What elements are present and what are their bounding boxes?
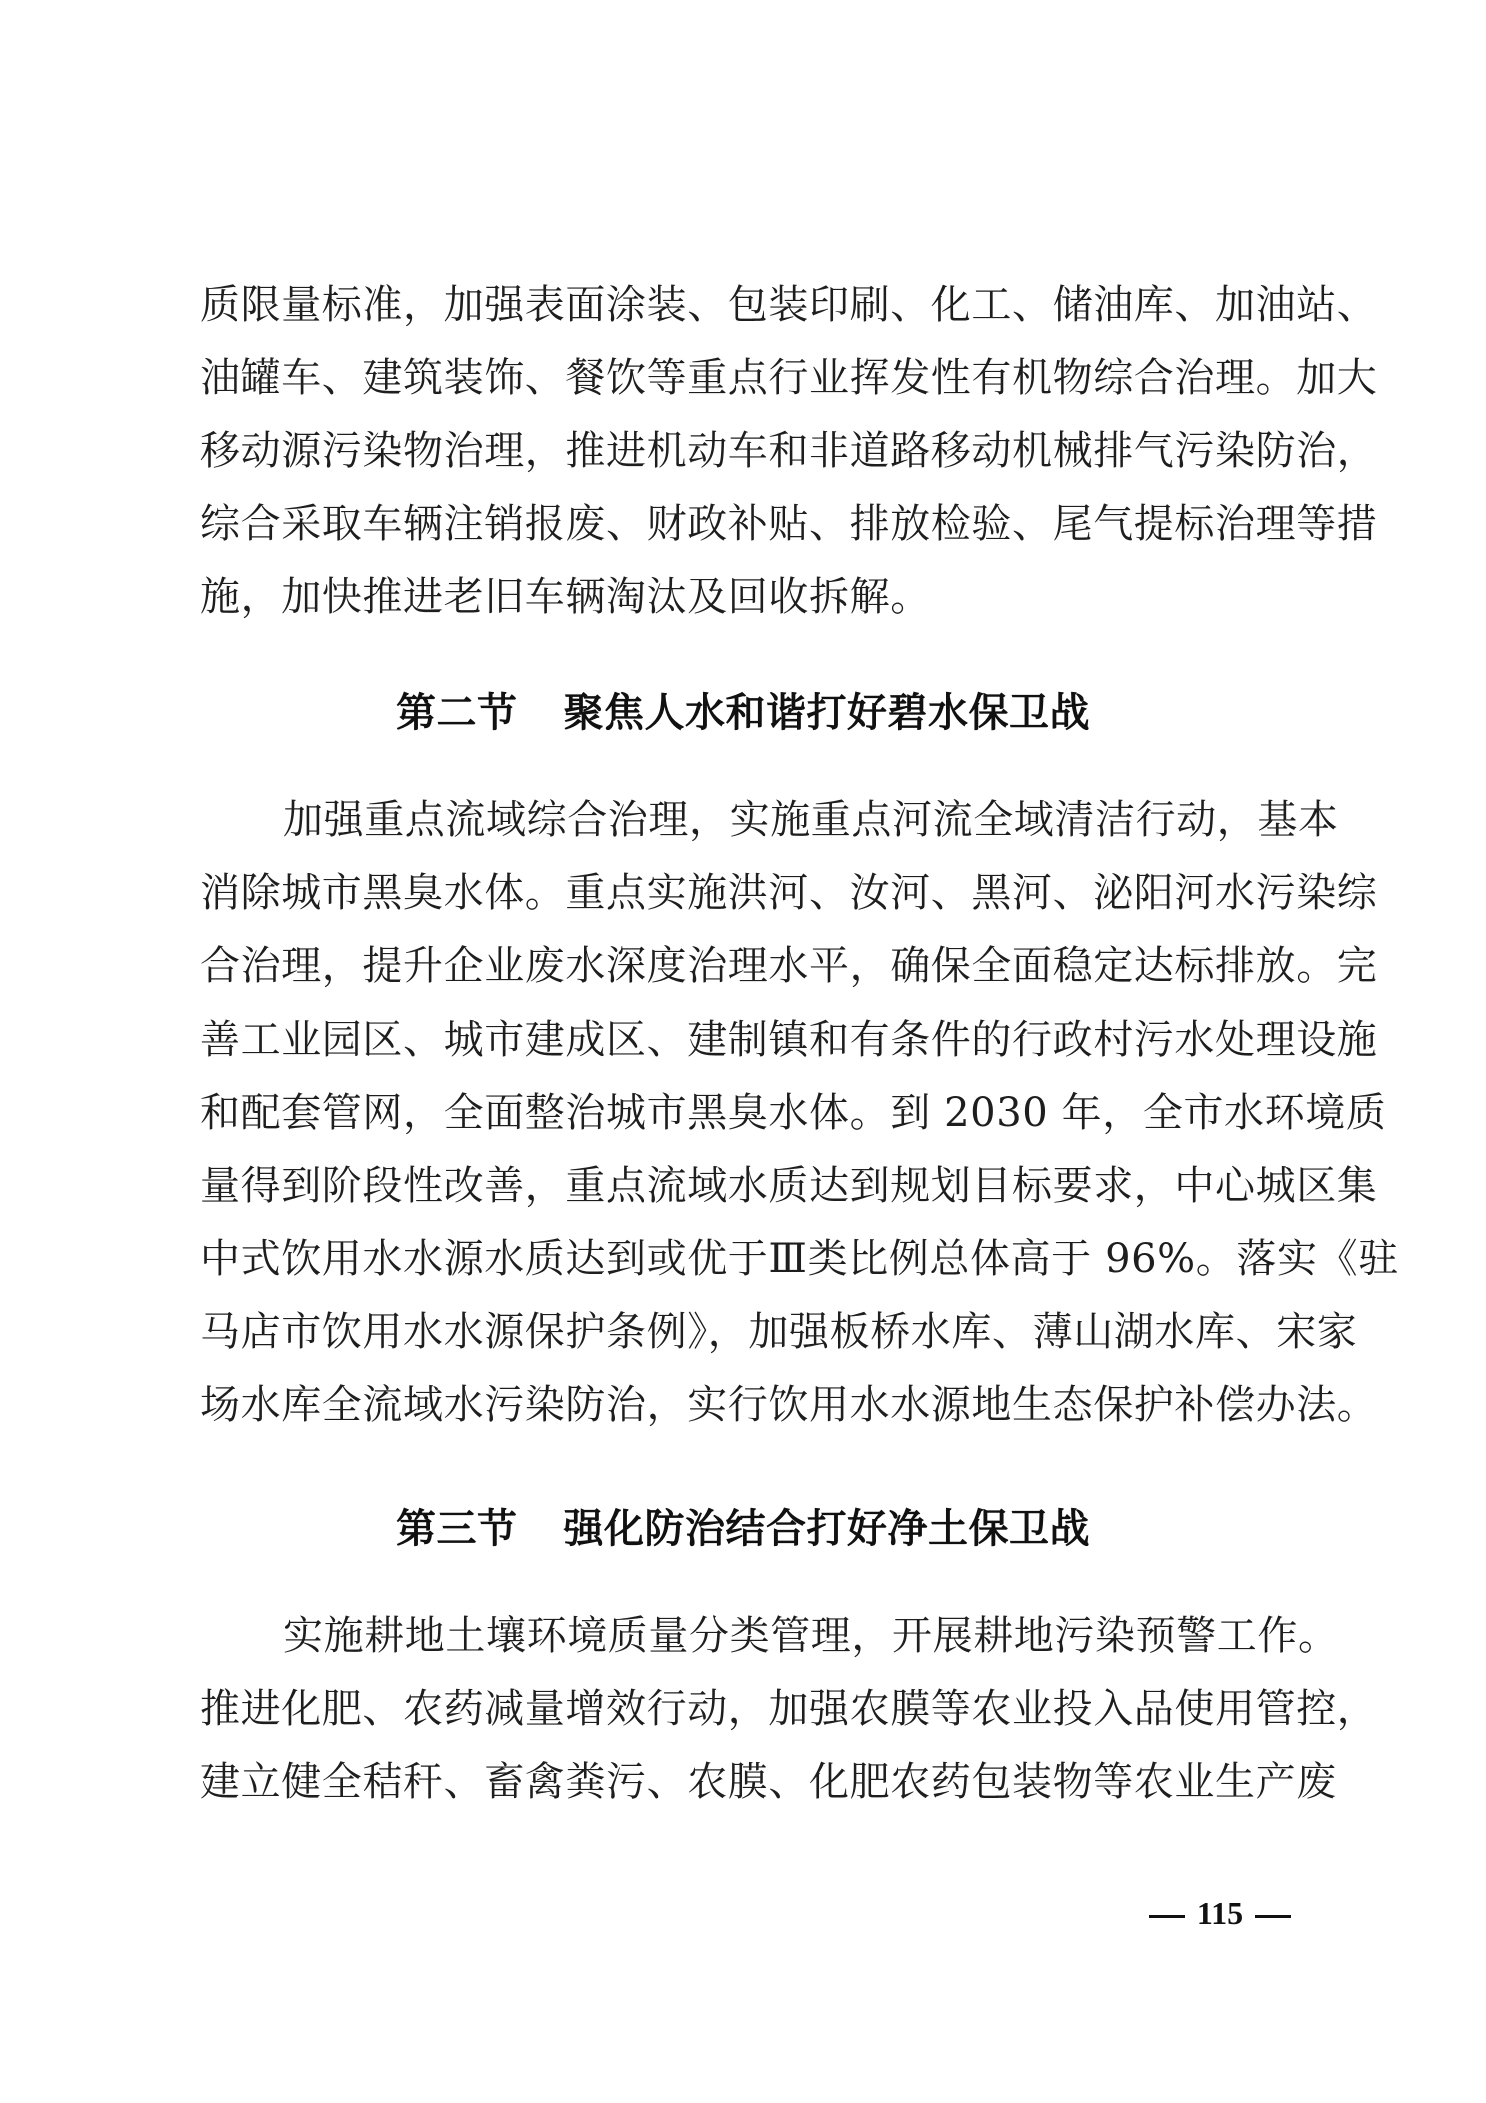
text-line: 推进化肥、农药减量增效行动，加强农膜等农业投入品使用管控，: [200, 1679, 1306, 1739]
section-number: 第三节: [396, 1506, 518, 1552]
text-line: 综合采取车辆注销报废、财政补贴、排放检验、尾气提标治理等措: [200, 494, 1306, 554]
text-line: 移动源污染物治理，推进机动车和非道路移动机械排气污染防治，: [200, 421, 1306, 481]
section-number: 第二节: [396, 690, 518, 736]
text-line: 建立健全秸秆、畜禽粪污、农膜、化肥农药包装物等农业生产废: [200, 1752, 1306, 1812]
text-line: 马店市饮用水水源保护条例》，加强板桥水库、薄山湖水库、宋家: [200, 1302, 1306, 1362]
text-line: 合治理，提升企业废水深度治理水平，确保全面稳定达标排放。完: [200, 936, 1306, 996]
dash-left: [1149, 1915, 1185, 1918]
text-line: 质限量标准，加强表面涂装、包装印刷、化工、储油库、加油站、: [200, 275, 1306, 335]
section-heading-3: 第三节强化防治结合打好净土保卫战: [0, 1499, 1486, 1559]
dash-right: [1255, 1915, 1291, 1918]
text-line: 施，加快推进老旧车辆淘汰及回收拆解。: [200, 567, 931, 627]
page-number-value: 115: [1197, 1895, 1243, 1931]
text-line: 油罐车、建筑装饰、餐饮等重点行业挥发性有机物综合治理。加大: [200, 348, 1306, 408]
section-title: 强化防治结合打好净土保卫战: [564, 1506, 1091, 1552]
document-page: 质限量标准，加强表面涂装、包装印刷、化工、储油库、加油站、 油罐车、建筑装饰、餐…: [0, 0, 1486, 2103]
page-number: 115: [1100, 1893, 1340, 1933]
text-line: 和配套管网，全面整治城市黑臭水体。到 2030 年，全市水环境质: [200, 1083, 1306, 1143]
text-line: 加强重点流域综合治理，实施重点河流全域清洁行动，基本: [283, 790, 1306, 850]
text-line: 善工业园区、城市建成区、建制镇和有条件的行政村污水处理设施: [200, 1010, 1306, 1070]
text-line: 中式饮用水水源水质达到或优于Ⅲ类比例总体高于 96%。落实《驻: [200, 1229, 1306, 1289]
section-title: 聚焦人水和谐打好碧水保卫战: [564, 690, 1091, 736]
section-heading-2: 第二节聚焦人水和谐打好碧水保卫战: [0, 683, 1486, 743]
text-line: 场水库全流域水污染防治，实行饮用水水源地生态保护补偿办法。: [200, 1375, 1377, 1435]
text-line: 消除城市黑臭水体。重点实施洪河、汝河、黑河、泌阳河水污染综: [200, 863, 1306, 923]
text-line: 实施耕地土壤环境质量分类管理，开展耕地污染预警工作。: [283, 1606, 1306, 1666]
text-line: 量得到阶段性改善，重点流域水质达到规划目标要求，中心城区集: [200, 1156, 1306, 1216]
